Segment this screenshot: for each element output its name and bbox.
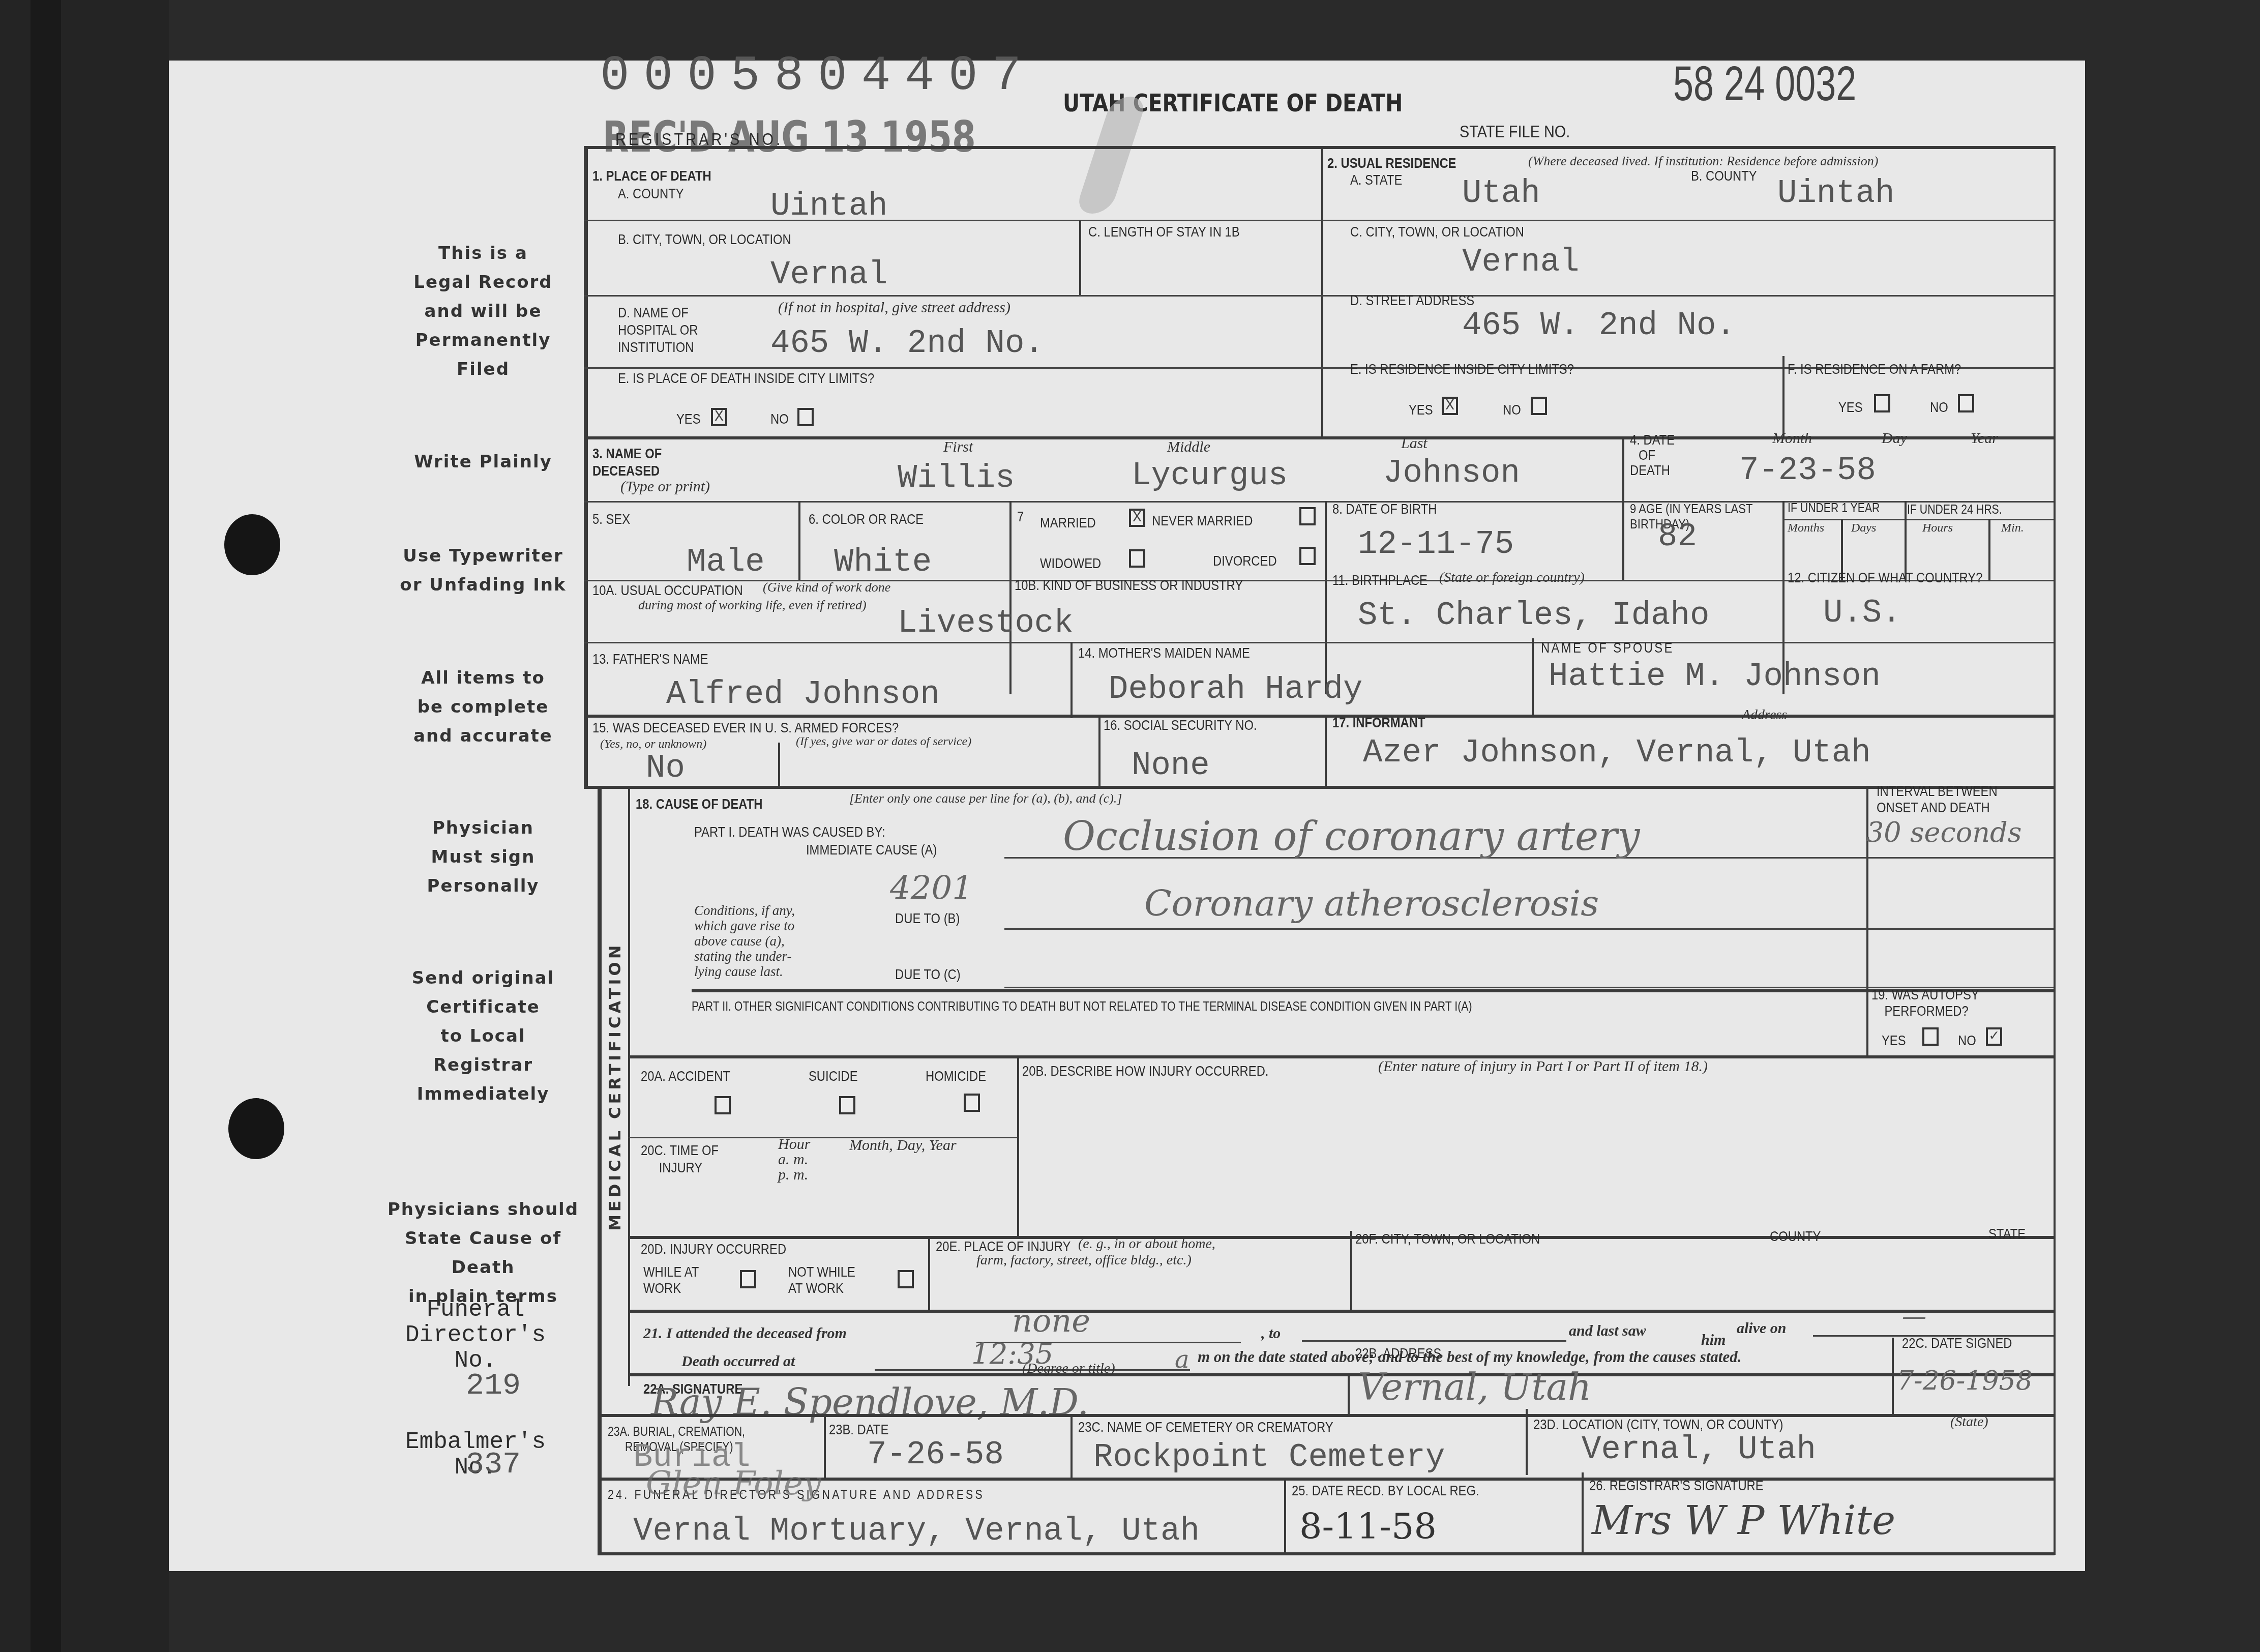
no-label: NO [770,411,789,427]
divider [1526,1409,1528,1475]
inside-city-label: e. IS PLACE OF DEATH INSIDE CITY LIMITS? [618,370,874,387]
divider [1098,715,1101,788]
form-border-right [2054,146,2056,1555]
injury-state-label: STATE [1988,1226,2026,1242]
residence-inside-city-yes-checkbox[interactable]: X [1442,397,1458,415]
min-label: Min. [2001,521,2024,535]
date-signed-value: 7-26-1958 [1897,1366,2033,1396]
divider [1622,501,1624,581]
last-saw-label: and last saw [1569,1322,1646,1340]
divider [1325,501,1327,694]
yes-label: YES [1409,402,1433,418]
divider [584,642,2054,643]
spouse-value: Hattie M. Johnson [1549,659,1881,695]
under-24-hrs-label: IF UNDER 24 HRS. [1907,503,2002,517]
never-married-label: NEVER MARRIED [1152,513,1253,529]
ssn-value: None [1132,748,1210,784]
divider [1070,1414,1073,1480]
conditions-note: Conditions, if any, which gave rise to a… [694,903,795,979]
death-inside-city-no-checkbox[interactable] [797,408,814,426]
divider [1321,146,1323,438]
yes-label: YES [1838,399,1863,416]
first-label: First [943,438,973,456]
divider [584,295,2054,297]
homicide-label: HOMICIDE [926,1068,986,1084]
part2-label: PART II. OTHER SIGNIFICANT CONDITIONS CO… [692,999,1472,1014]
injury-description-hint: (Enter nature of injury in Part I or Par… [1378,1058,1708,1075]
months-label: Months [1788,521,1824,535]
occupation-hint: during most of working life, even if ret… [638,598,867,613]
date-signed-label: 22c. DATE SIGNED [1902,1335,2012,1351]
residence-street-value: 465 W. 2nd No. [1462,308,1736,344]
widowed-label: WIDOWED [1040,555,1101,572]
form-border-left-lower [598,787,602,1555]
widowed-checkbox[interactable] [1129,549,1145,568]
residence-state-value: Utah [1462,175,1540,212]
alive-on-value: — [1902,1302,1926,1331]
armed-forces-value: No [646,750,685,787]
cause-b-line [1004,928,2054,930]
form-border-bottom [598,1552,2055,1555]
usual-residence-hint: (Where deceased lived. If institution: R… [1528,154,1878,169]
father-value: Alfred Johnson [666,676,940,713]
funeral-director-value: Vernal Mortuary, Vernal, Utah [633,1513,1200,1550]
place-injury-hint: farm, factory, street, office bldg., etc… [976,1252,1192,1268]
interval-value: 30 seconds [1866,816,2021,848]
autopsy-yes-checkbox[interactable] [1922,1027,1939,1046]
margin-note-physician-sign: Physician Must sign Personally [386,814,580,901]
under-1-year-label: IF UNDER 1 YEAR [1788,501,1880,516]
disease-code: 4201 [890,870,973,907]
location-value: Vernal, Utah [1582,1432,1816,1468]
citizen-value: U.S. [1823,595,1901,632]
age-value: 82 [1658,519,1697,555]
place-injury-hint: (e. g., in or about home, [1078,1236,1215,1252]
physician-signature[interactable]: Ray E. Spendlove, M.D. [651,1381,1089,1424]
days-label: Days [1851,521,1876,535]
ssn-label: 16. SOCIAL SECURITY NO. [1104,717,1257,733]
divider [692,989,2054,992]
divider [928,1236,930,1312]
death-city-value: Vernal [770,257,887,293]
no-label: NO [1503,402,1521,418]
divider [1782,356,1785,438]
autopsy-no-checkbox[interactable]: ✓ [1986,1027,2002,1046]
divider [1622,436,1624,503]
no-label: NO [1958,1032,1976,1049]
divider [628,1236,2054,1239]
state-label: a. STATE [1350,172,1402,188]
married-label: MARRIED [1040,515,1096,531]
scan-background-edge [31,0,61,1652]
margin-note-legal-record: This is a Legal Record and will be Perma… [386,239,580,384]
farm-yes-checkbox[interactable] [1874,394,1890,412]
married-checkbox[interactable]: X [1129,509,1145,527]
death-occurred-label: Death occurred at [681,1353,795,1370]
due-to-c-label: DUE TO (c) [895,966,961,983]
street-address-label: d. STREET ADDRESS [1350,292,1474,309]
year-label: Year [1971,430,1998,447]
divider [584,715,2054,718]
no-label: NO [1930,399,1948,416]
punch-hole-icon [228,1098,284,1159]
occupation-label: 10a. USUAL OCCUPATION [592,582,743,599]
funeral-director-signature[interactable]: Glen Foley [646,1465,821,1502]
due-to-b-label: DUE TO (b) [895,910,960,927]
first-name-value: Willis [898,460,1015,497]
embalmer-number: 337 [397,1452,590,1478]
burial-date-label: 23b. DATE [829,1422,888,1438]
divider [1009,501,1012,694]
month-label: Month [1772,430,1812,447]
farm-no-checkbox[interactable] [1958,394,1974,412]
dob-value: 12-11-75 [1358,526,1514,563]
immediate-cause-value: Occlusion of coronary artery [1063,814,1640,860]
margin-note-send-original: Send original Certificate to Local Regis… [386,964,580,1109]
document-number: 0005804407 [600,48,1035,104]
to-label: , to [1261,1325,1281,1342]
sex-value: Male [687,544,765,581]
punch-hole-icon [224,514,280,575]
divider [1079,220,1081,295]
homicide-checkbox[interactable] [964,1094,980,1112]
injury-description-label: 20b. DESCRIBE HOW INJURY OCCURRED. [1022,1063,1268,1079]
cemetery-value: Rockpoint Cemetery [1093,1439,1445,1476]
not-while-at-work-checkbox[interactable] [898,1270,914,1288]
deceased-name-label: 3. NAME OF DECEASED [592,445,662,480]
divider [628,1373,2054,1376]
citizen-label: 12. CITIZEN OF WHAT COUNTRY? [1788,570,1982,586]
registrar-signature-label: 26. REGISTRAR'S SIGNATURE [1589,1478,1764,1494]
divider [628,788,630,1386]
date-received-label: 25. DATE RECD. BY LOCAL REG. [1292,1483,1479,1499]
armed-forces-hint-a: (Yes, no, or unknown) [600,737,706,751]
occupation-value: Livestock [898,605,1074,642]
date-of-death-value: 7-23-58 [1739,453,1876,489]
divider [1782,519,2054,520]
margin-note-physicians-should: Physicians should State Cause of Death i… [376,1195,590,1311]
attended-label: 21. I attended the deceased from [643,1325,847,1342]
part1-label: PART I. DEATH WAS CAUSED BY: [694,824,885,840]
immediate-cause-label: IMMEDIATE CAUSE (a) [806,842,937,858]
occupation-hint: (Give kind of work done [763,580,890,595]
cause-hint: [Enter only one cause per line for (a), … [849,791,1122,806]
state-file-label: STATE FILE NO. [1460,122,1570,142]
divider [1325,715,1327,788]
funeral-director-number: 219 [397,1373,590,1399]
spouse-label: NAME OF SPOUSE [1541,640,1674,656]
type-or-print-hint: (Type or print) [620,478,710,495]
divider [824,1414,826,1480]
suicide-checkbox[interactable] [839,1096,855,1114]
institution-value: 465 W. 2nd No. [770,326,1044,362]
margin-note-typewriter: Use Typewriter or Unfading Ink [386,542,580,600]
birthplace-value: St. Charles, Idaho [1358,598,1709,634]
physician-address-value: Vernal, Utah [1358,1366,1591,1408]
yes-label: YES [1882,1032,1906,1049]
form-border-left [584,146,588,787]
county-label: a. COUNTY [618,186,684,202]
mother-value: Deborah Hardy [1109,671,1362,708]
business-label: 10b. KIND OF BUSINESS OR INDUSTRY [1015,577,1243,594]
cemetery-label: 23c. NAME OF CEMETERY OR CREMATORY [1078,1419,1333,1435]
form-border-top [584,146,2054,149]
divider [778,743,780,788]
dob-label: 8. DATE OF BIRTH [1332,501,1437,517]
alive-on-label: alive on [1737,1320,1787,1337]
state-file-number: 58 24 0032 [1673,56,1856,112]
race-value: White [834,544,932,581]
suicide-label: SUICIDE [809,1068,858,1084]
armed-forces-label: 15. WAS DECEASED EVER IN U. S. ARMED FOR… [592,720,899,736]
accident-checkbox[interactable] [715,1096,731,1114]
hours-label: Hours [1922,521,1953,535]
divider [584,436,2054,439]
residence-county-value: Uintah [1777,175,1894,212]
injury-city-label: 20f. CITY, TOWN, OR LOCATION [1355,1231,1540,1247]
date-of-death-label: 4. DATE OF DEATH [1630,432,1675,478]
divider [628,1055,2054,1058]
middle-label: Middle [1167,438,1210,456]
residence-city-value: Vernal [1462,244,1579,281]
attended-from-value: none [1012,1302,1090,1339]
death-statement: m on the date stated above; and to the b… [1198,1348,1741,1366]
city-label: b. CITY, TOWN, OR LOCATION [618,231,791,248]
divider [628,1137,1017,1138]
injury-county-label: COUNTY [1770,1228,1821,1245]
divider [584,786,2054,789]
am-pm-value: a [1175,1345,1190,1374]
divider [1582,1472,1584,1554]
injury-occurred-label: 20d. INJURY OCCURRED [641,1241,786,1257]
divorced-label: DIVORCED [1213,553,1277,569]
institution-label: d. NAME OF HOSPITAL OR INSTITUTION [618,304,698,356]
divider [798,501,800,581]
birthplace-label: 11. BIRTHPLACE [1332,572,1428,588]
residence-city-label: c. CITY, TOWN, OR LOCATION [1350,224,1524,240]
marital-number: 7 [1017,509,1024,525]
divider [1070,642,1073,718]
while-at-work-label: WHILE AT WORK [643,1264,699,1296]
attended-to-line [1302,1340,1566,1342]
while-at-work-checkbox[interactable] [740,1270,756,1288]
autopsy-label: 19. WAS AUTOPSY PERFORMED? [1871,987,1979,1019]
divider [1988,519,1990,581]
length-of-stay-label: c. LENGTH OF STAY IN 1b [1088,224,1240,240]
medical-certification-label: MEDICAL CERTIFICATION [605,942,625,1231]
location-label: 23d. LOCATION (City, town, or county) [1533,1417,1783,1433]
death-inside-city-yes-checkbox[interactable]: X [711,408,727,426]
residence-county-label: b. COUNTY [1691,168,1757,184]
last-label: Last [1401,435,1428,452]
accident-label: 20a. ACCIDENT [641,1068,730,1084]
mother-label: 14. MOTHER'S MAIDEN NAME [1078,645,1250,661]
informant-value: Azer Johnson, Vernal, Utah [1363,735,1871,772]
yes-label: YES [676,411,701,427]
him-label: him [1701,1332,1726,1349]
last-name-value: Johnson [1383,455,1520,492]
divider [1350,1231,1352,1312]
interval-label: INTERVAL BETWEEN ONSET AND DEATH [1877,783,1998,816]
birthplace-hint: (State or foreign country) [1439,570,1585,586]
father-label: 13. FATHER'S NAME [592,651,708,667]
sex-label: 5. SEX [592,511,630,527]
divider [1892,1338,1894,1417]
day-label: Day [1882,430,1907,447]
divorced-checkbox[interactable] [1299,547,1316,565]
month-day-year-label: Month, Day, Year [849,1137,957,1154]
margin-note-write-plainly: Write Plainly [386,448,580,477]
registrar-signature[interactable]: Mrs W P White [1592,1498,1895,1544]
place-of-death-heading: 1. PLACE OF DEATH [592,168,711,184]
funeral-director-number-label: Funeral Director's No. [379,1297,572,1373]
death-county-value: Uintah [770,188,887,225]
divider [628,1310,2054,1313]
race-label: 6. COLOR OR RACE [809,511,924,527]
divider [598,1414,2054,1417]
physician-address-label: 22b. ADDRESS [1355,1345,1441,1362]
informant-address-label: Address [1742,707,1787,723]
time-of-injury-label: 20c. TIME OF INJURY [641,1142,719,1176]
margin-note-all-items: All items to be complete and accurate [386,664,580,751]
burial-date-value: 7-26-58 [867,1437,1004,1473]
due-to-b-value: Coronary atherosclerosis [1144,882,1599,924]
institution-hint: (If not in hospital, give street address… [778,299,1010,316]
location-state-label: (State) [1950,1414,1988,1430]
armed-forces-hint-b: (If yes, give war or dates of service) [796,735,971,749]
residence-inside-city-no-checkbox[interactable] [1531,397,1547,415]
divider [1017,1058,1019,1238]
usual-residence-heading: 2. USUAL RESIDENCE [1327,155,1456,171]
informant-label: 17. INFORMANT [1332,715,1425,731]
residence-inside-city-label: e. IS RESIDENCE INSIDE CITY LIMITS? [1350,361,1574,377]
not-while-at-work-label: NOT WHILE AT WORK [788,1264,855,1296]
cause-of-death-heading: 18. CAUSE OF DEATH [636,796,763,812]
farm-label: f. IS RESIDENCE ON A FARM? [1788,361,1961,377]
divider [1284,1478,1286,1554]
never-married-checkbox[interactable] [1299,507,1316,525]
hour-ampm-labels: Hour a. m. p. m. [778,1137,810,1183]
date-received-value: 8-11-58 [1299,1506,1437,1547]
divider [1532,638,1534,715]
degree-label: (Degree or title) [1022,1361,1115,1377]
scan-background [0,0,169,1652]
divider [1348,1373,1350,1417]
middle-name-value: Lycurgus [1132,458,1288,494]
